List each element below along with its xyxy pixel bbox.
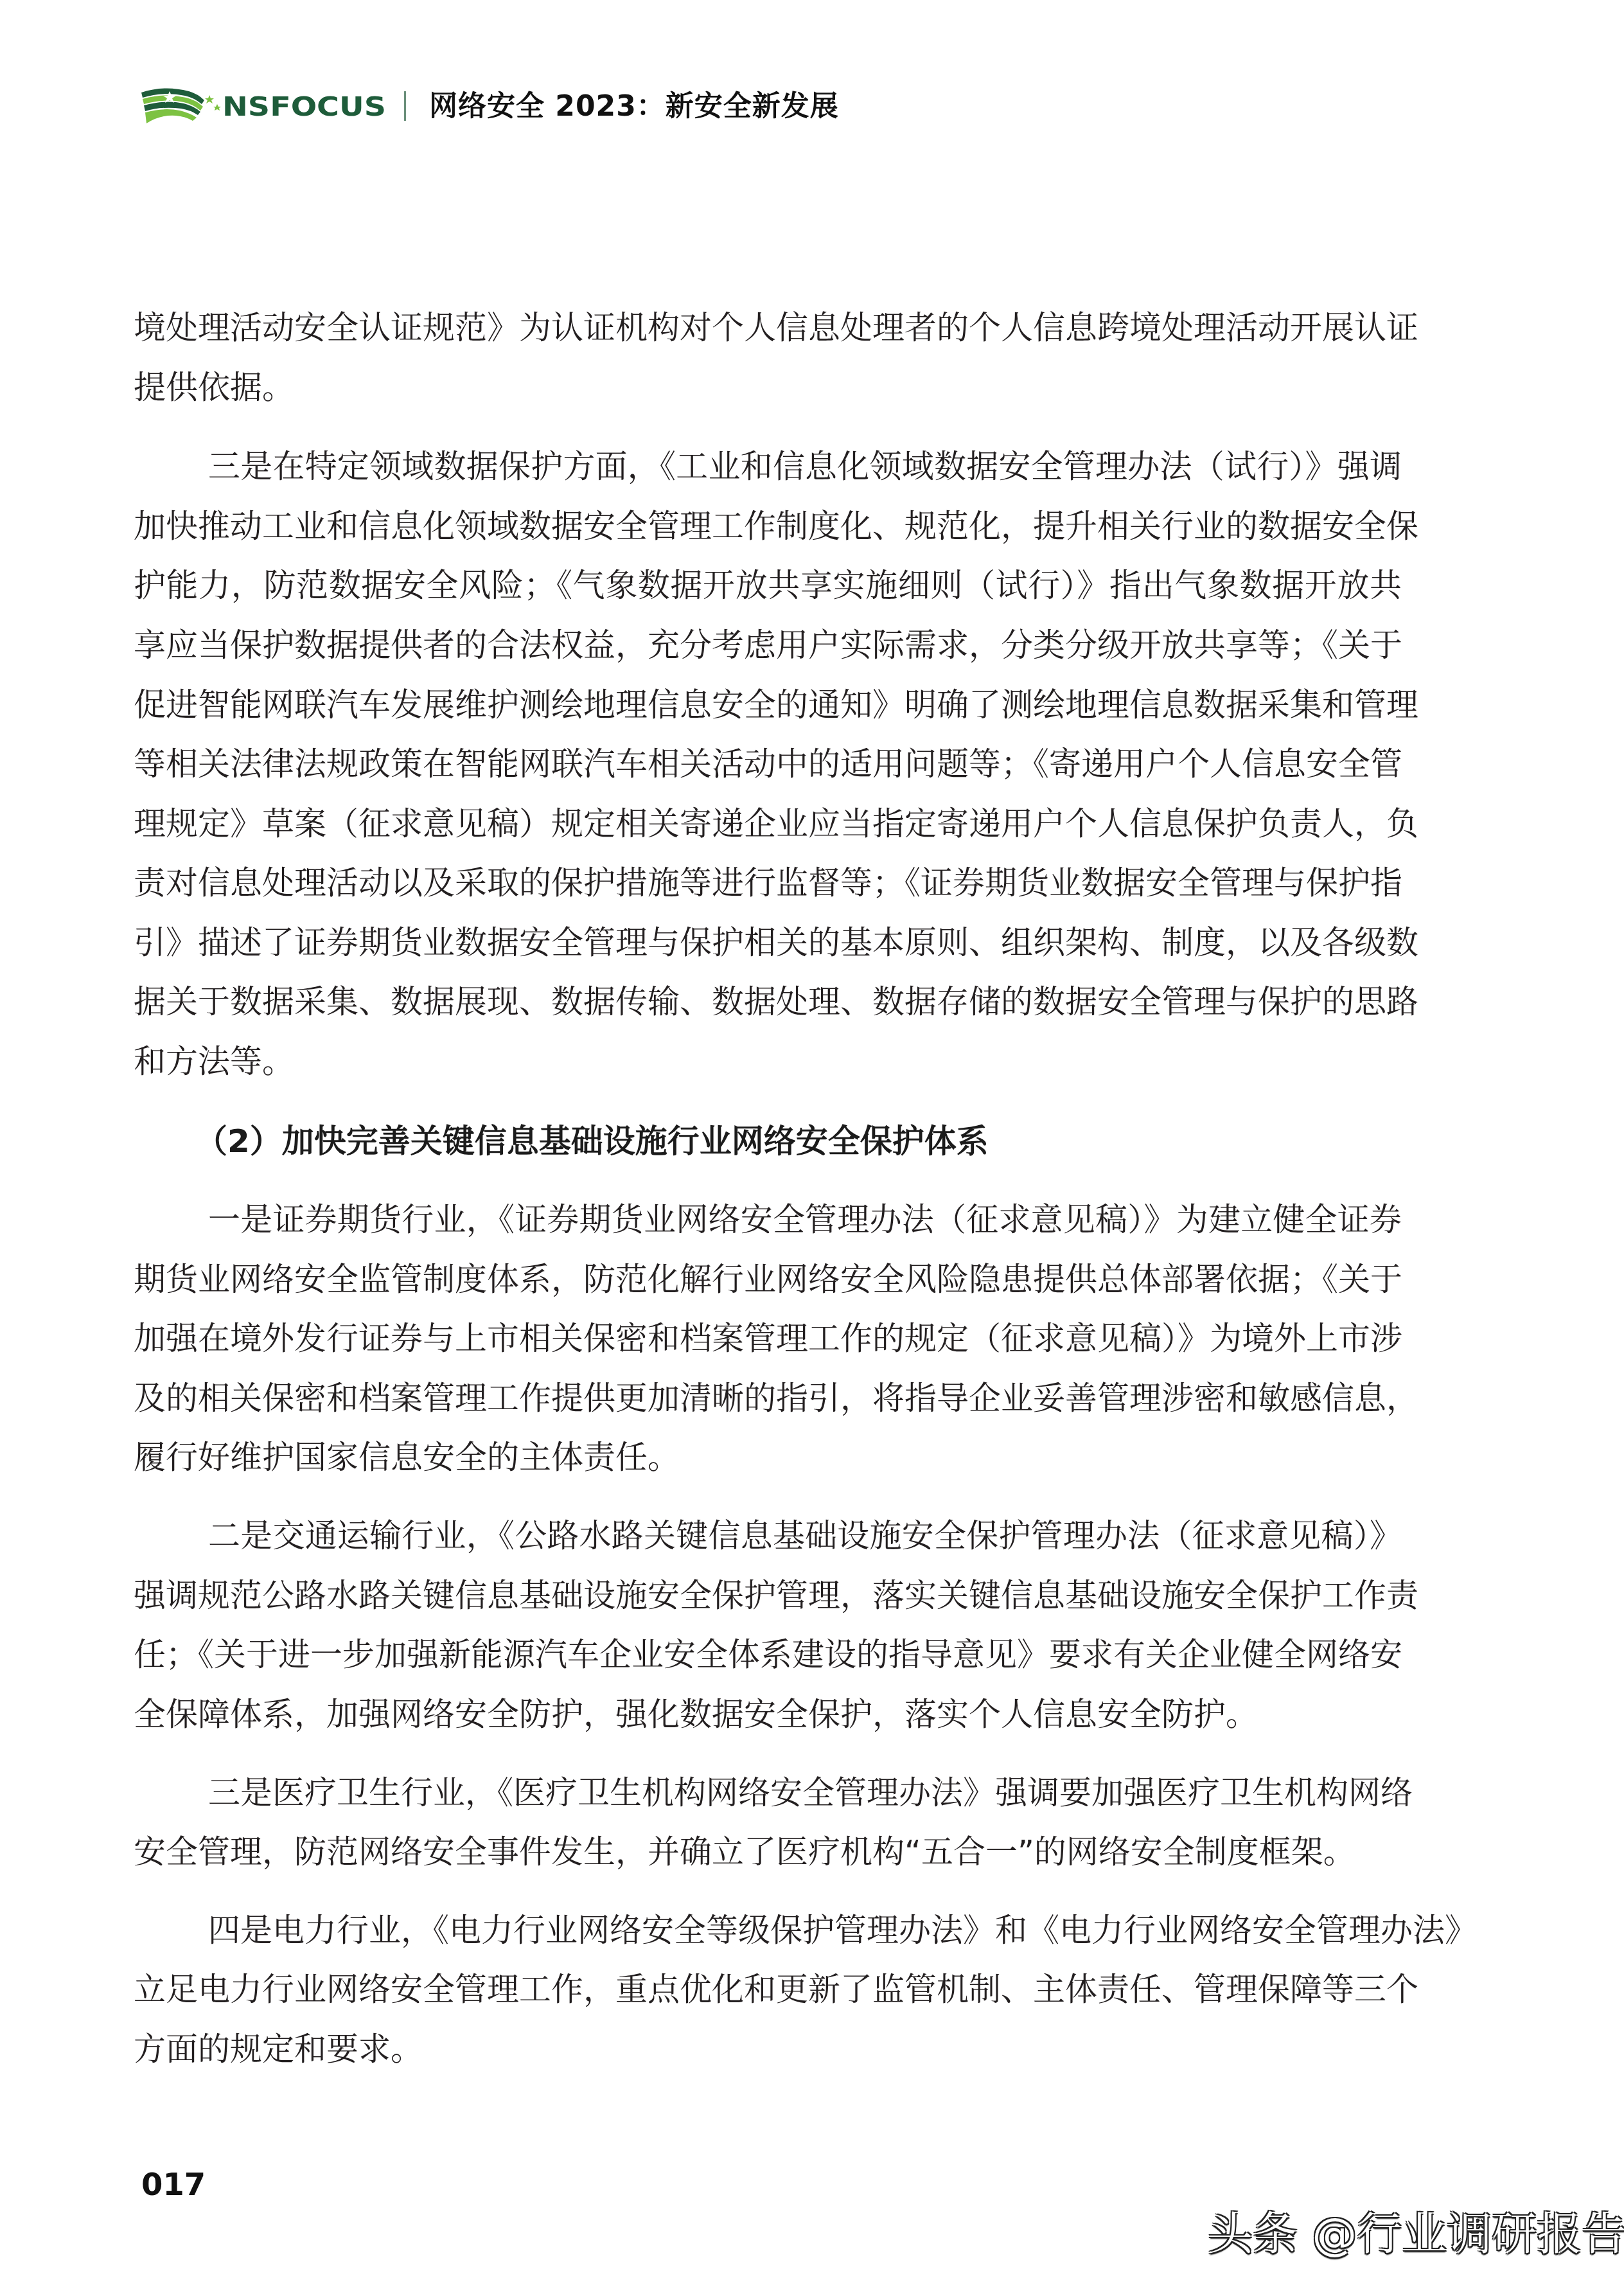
- page-number: 017: [141, 2167, 206, 2203]
- paragraph-line: 责对信息处理活动以及采取的保护措施等进行监督等；《证券期货业数据安全管理与保护指: [134, 862, 1402, 903]
- paragraph-line: 安全管理，防范网络安全事件发生，并确立了医疗机构“五合一”的网络安全制度框架。: [134, 1831, 1402, 1872]
- paragraph-line: 境处理活动安全认证规范》为认证机构对个人信息处理者的个人信息跨境处理活动开展认证: [134, 307, 1402, 348]
- paragraph-line: 三是在特定领域数据保护方面，《工业和信息化领域数据安全管理办法（试行）》强调: [208, 446, 1402, 487]
- section-heading: （2）加快完善关键信息基础设施行业网络安全保护体系: [195, 1121, 989, 1162]
- source-watermark: 头条 @行业调研报告: [1208, 2205, 1624, 2263]
- paragraph-line: 履行好维护国家信息安全的主体责任。: [134, 1437, 1402, 1478]
- paragraph-line: 期货业网络安全监管制度体系，防范化解行业网络安全风险隐患提供总体部署依据；《关于: [134, 1259, 1402, 1300]
- paragraph-line: 引》描述了证券期货业数据安全管理与保护相关的基本原则、组织架构、制度，以及各级数: [134, 922, 1402, 963]
- paragraph-line: 强调规范公路水路关键信息基础设施安全保护管理，落实关键信息基础设施安全保护工作责: [134, 1575, 1402, 1616]
- paragraph-line: 任；《关于进一步加强新能源汽车企业安全体系建设的指导意见》要求有关企业健全网络安: [134, 1634, 1402, 1675]
- paragraph-line: 护能力，防范数据安全风险；《气象数据开放共享实施细则（试行）》指出气象数据开放共: [134, 565, 1402, 606]
- nsfocus-logo: NSFOCUS: [139, 84, 389, 129]
- paragraph-line: 加强在境外发行证券与上市相关保密和档案管理工作的规定（征求意见稿）》为境外上市涉: [134, 1318, 1402, 1359]
- paragraph-line: 一是证券期货行业，《证券期货业网络安全管理办法（征求意见稿）》为建立健全证券: [208, 1199, 1402, 1240]
- paragraph-line: 等相关法律法规政策在智能网联汽车相关活动中的适用问题等；《寄递用户个人信息安全管: [134, 743, 1402, 785]
- header-divider: [404, 91, 406, 121]
- paragraph-line: 三是医疗卫生行业，《医疗卫生机构网络安全管理办法》强调要加强医疗卫生机构网络: [208, 1772, 1402, 1813]
- paragraph-line: 据关于数据采集、数据展现、数据传输、数据处理、数据存储的数据安全管理与保护的思路: [134, 981, 1402, 1022]
- paragraph-line: 二是交通运输行业，《公路水路关键信息基础设施安全保护管理办法（征求意见稿）》: [208, 1515, 1402, 1556]
- paragraph-line: 促进智能网联汽车发展维护测绘地理信息安全的通知》明确了测绘地理信息数据采集和管理: [134, 684, 1402, 725]
- paragraph-line: 加快推动工业和信息化领域数据安全管理工作制度化、规范化，提升相关行业的数据安全保: [134, 506, 1402, 547]
- page-header: NSFOCUS 网络安全 2023：新安全新发展: [0, 0, 1624, 154]
- paragraph-line: 立足电力行业网络安全管理工作，重点优化和更新了监管机制、主体责任、管理保障等三个: [134, 1969, 1402, 2010]
- logo-wordmark: NSFOCUS: [222, 93, 386, 122]
- paragraph-line: 及的相关保密和档案管理工作提供更加清晰的指引，将指导企业妥善管理涉密和敏感信息，: [134, 1378, 1402, 1419]
- paragraph-line: 理规定》草案（征求意见稿）规定相关寄递企业应当指定寄递用户个人信息保护负责人，负: [134, 803, 1402, 844]
- paragraph-line: 和方法等。: [134, 1041, 1402, 1082]
- document-title: 网络安全 2023：新安全新发展: [429, 89, 839, 125]
- flag-logo-icon: NSFOCUS: [139, 84, 389, 129]
- paragraph-line: 四是电力行业，《电力行业网络安全等级保护管理办法》和《电力行业网络安全管理办法》: [208, 1910, 1402, 1951]
- paragraph-line: 全保障体系，加强网络安全防护，强化数据安全保护，落实个人信息安全防护。: [134, 1694, 1402, 1735]
- paragraph-line: 享应当保护数据提供者的合法权益，充分考虑用户实际需求，分类分级开放共享等；《关于: [134, 625, 1402, 666]
- paragraph-line: 方面的规定和要求。: [134, 2029, 1402, 2070]
- paragraph-line: 提供依据。: [134, 367, 1402, 408]
